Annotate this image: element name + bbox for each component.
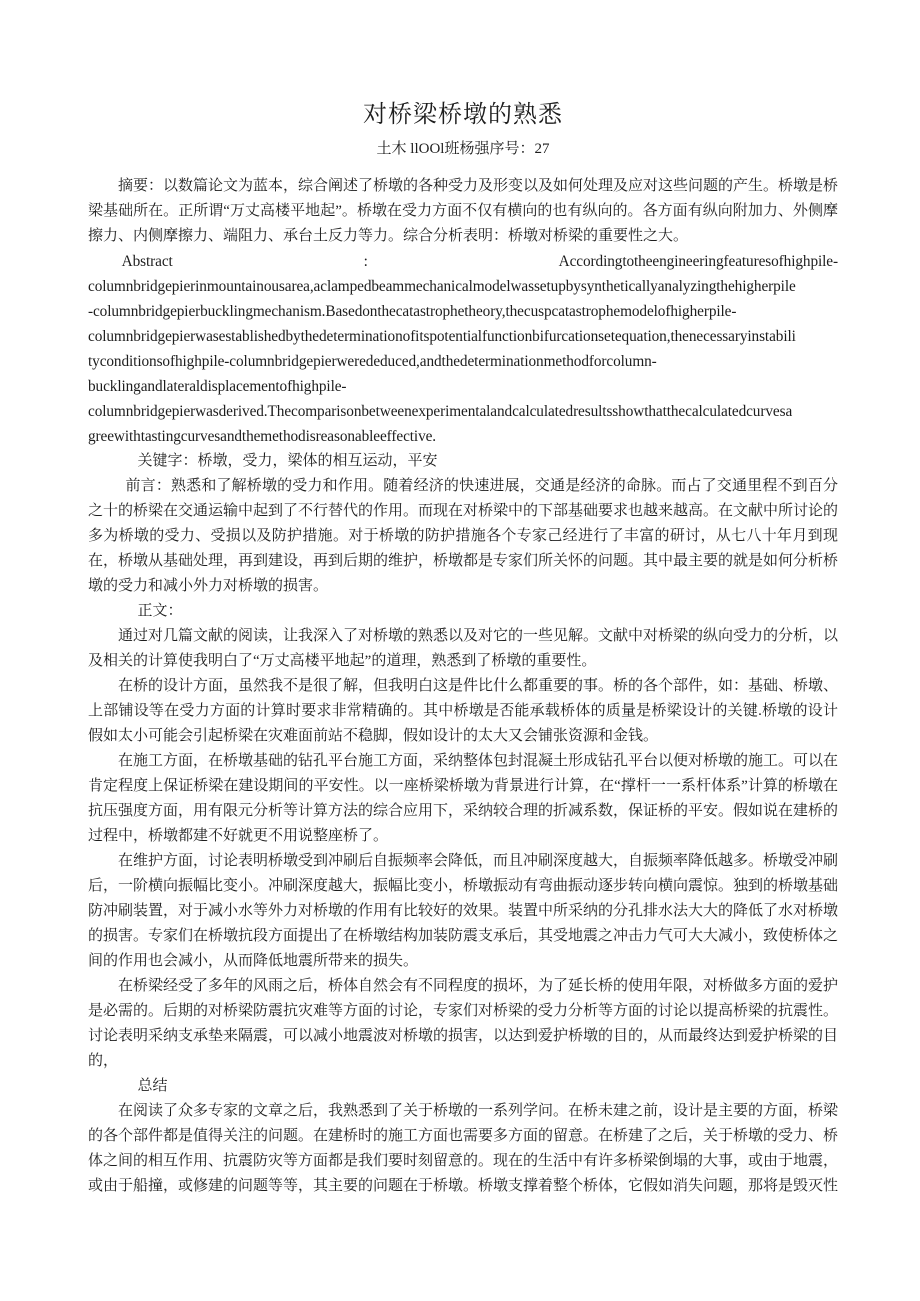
summary-label: 总结: [88, 1074, 838, 1099]
body-paragraph-reading: 通过对几篇文献的阅读，让我深入了对桥墩的熟悉以及对它的一些见解。文献中对桥梁的纵…: [88, 624, 838, 674]
abstract-en-line: tyconditionsofhighpile-columnbridgepierw…: [88, 349, 838, 374]
abstract-en-line: bucklingandlateraldisplacementofhighpile…: [88, 374, 838, 399]
foreword-paragraph: 前言：熟悉和了解桥墩的受力和作用。随着经济的快速进展，交通是经济的命脉。而占了交…: [88, 474, 838, 599]
main-text-label: 正文：: [88, 599, 838, 624]
body-paragraph-construction: 在施工方面，在桥墩基础的钻孔平台施工方面，采纳整体包封混凝土形成钻孔平台以便对桥…: [88, 749, 838, 849]
document-title: 对桥梁桥墩的熟悉: [88, 98, 838, 132]
summary-paragraph: 在阅读了众多专家的文章之后，我熟悉到了关于桥墩的一系列学问。在桥未建之前，设计是…: [88, 1099, 838, 1199]
abstract-cn-paragraph: 摘要：以数篇论文为蓝本，综合阐述了桥墩的各种受力及形变以及如何处理及应对这些问题…: [88, 174, 838, 249]
body-paragraph-design: 在桥的设计方面，虽然我不是很了解，但我明白这是件比什么都重要的事。桥的各个部件，…: [88, 674, 838, 749]
abstract-en-first-line: Abstract : Accordingtotheengineeringfeat…: [88, 249, 838, 274]
keywords-line: 关键字：桥墩，受力，梁体的相互运动，平安: [88, 449, 838, 474]
abstract-en-line: greewithtastingcurvesandthemethodisreaso…: [88, 424, 838, 449]
document-page: 对桥梁桥墩的熟悉 土木 llOOl班杨强序号：27 摘要：以数篇论文为蓝本，综合…: [0, 0, 920, 1301]
abstract-en-line: columnbridgepierwasderived.Thecomparison…: [88, 399, 838, 424]
abstract-en-line: columnbridgepierwasestablishedbythedeter…: [88, 324, 838, 349]
author-byline: 土木 llOOl班杨强序号：27: [88, 138, 838, 160]
abstract-colon: :: [364, 249, 368, 274]
body-paragraph-maintenance: 在维护方面，讨论表明桥墩受到冲刷后自振频率会降低，而且冲刷深度越大，自振频率降低…: [88, 849, 838, 974]
abstract-en-line: -columnbridgepierbucklingmechanism.Based…: [88, 299, 838, 324]
abstract-en-paragraph: Abstract : Accordingtotheengineeringfeat…: [88, 249, 838, 449]
abstract-first-line-text: Accordingtotheengineeringfeaturesofhighp…: [559, 249, 838, 274]
body-paragraph-protection: 在桥梁经受了多年的风雨之后，桥体自然会有不同程度的损坏，为了延长桥的使用年限，对…: [88, 974, 838, 1074]
abstract-label: Abstract: [122, 249, 173, 274]
abstract-en-line: columnbridgepierinmountainousarea,aclamp…: [88, 274, 838, 299]
